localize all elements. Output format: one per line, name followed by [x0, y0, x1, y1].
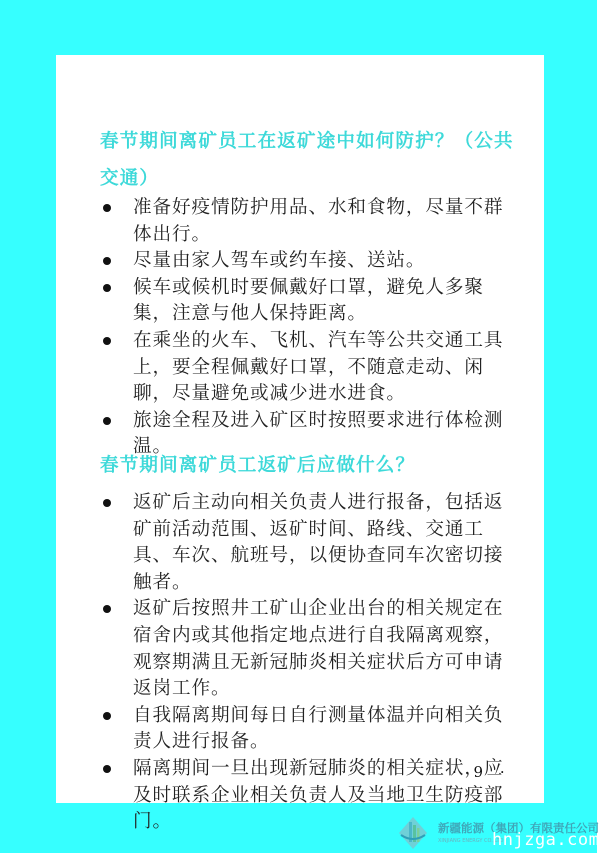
page-number: · 9 · [452, 763, 511, 781]
list-item: 准备好疫情防护用品、水和食物，尽量不群体出行。 [56, 195, 544, 248]
bullet-icon [103, 417, 111, 425]
company-logo-icon [398, 816, 428, 850]
section-heading-public-transport: 春节期间离矿员工在返矿途中如何防护？（公共交通） [100, 123, 520, 197]
section-heading-after-return: 春节期间离矿员工返矿后应做什么？ [100, 447, 520, 484]
watermark-site: hnjzga.com [492, 830, 599, 850]
bullet-icon [103, 337, 111, 345]
page-frame: 春节期间离矿员工在返矿途中如何防护？（公共交通） 准备好疫情防护用品、水和食物，… [0, 0, 597, 853]
public-transport-tips-list: 准备好疫情防护用品、水和食物，尽量不群体出行。 尽量由家人驾车或约车接、送站。 … [56, 195, 544, 461]
content-panel: 春节期间离矿员工在返矿途中如何防护？（公共交通） 准备好疫情防护用品、水和食物，… [56, 55, 544, 803]
list-item: 返矿后按照井工矿山企业出台的相关规定在宿舍内或其他指定地点进行自我隔离观察，观察… [56, 596, 544, 702]
bullet-icon [103, 284, 111, 292]
bullet-icon [103, 499, 111, 507]
bullet-icon [103, 605, 111, 613]
list-item: 尽量由家人驾车或约车接、送站。 [56, 248, 544, 275]
bullet-icon [103, 712, 111, 720]
watermark: 新疆能源（集团）有限责任公司 XINJIANG ENERGY CO.,LTD h… [398, 816, 598, 852]
bullet-icon [103, 204, 111, 212]
bullet-icon [103, 765, 111, 773]
list-item: 返矿后主动向相关负责人进行报备，包括返矿前活动范围、返矿时间、路线、交通工具、车… [56, 490, 544, 596]
after-return-tips-list: 返矿后主动向相关负责人进行报备，包括返矿前活动范围、返矿时间、路线、交通工具、车… [56, 490, 544, 836]
list-item: 在乘坐的火车、飞机、汽车等公共交通工具上，要全程佩戴好口罩，不随意走动、闲聊，尽… [56, 328, 544, 408]
bullet-icon [103, 257, 111, 265]
list-item: 候车或候机时要佩戴好口罩，避免人多聚集，注意与他人保持距离。 [56, 275, 544, 328]
list-item: 自我隔离期间每日自行测量体温并向相关负责人进行报备。 [56, 703, 544, 756]
